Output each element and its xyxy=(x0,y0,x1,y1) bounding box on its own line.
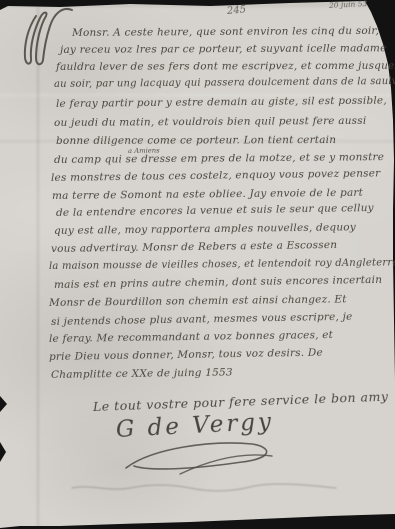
manuscript-line: Champlitte ce XXe de juing 1553 xyxy=(51,366,233,381)
folio-number: 245 xyxy=(227,4,247,17)
manuscript-line: jay receu voz lres par ce porteur, et su… xyxy=(60,42,387,56)
manuscript-line: bonne diligence come ce porteur. Lon tie… xyxy=(56,134,336,147)
manuscript-scan: 245 20 juin 53 Monsr. A ceste heure, que… xyxy=(0,0,395,529)
manuscript-line: Monsr. A ceste heure, que sont environ l… xyxy=(72,25,379,39)
manuscript-line: ou jeudi du matin, et vouldrois bien qui… xyxy=(54,115,366,129)
manuscript-line: fauldra lever de ses fers dont me escrip… xyxy=(56,60,395,73)
signature-paraph xyxy=(120,438,290,480)
